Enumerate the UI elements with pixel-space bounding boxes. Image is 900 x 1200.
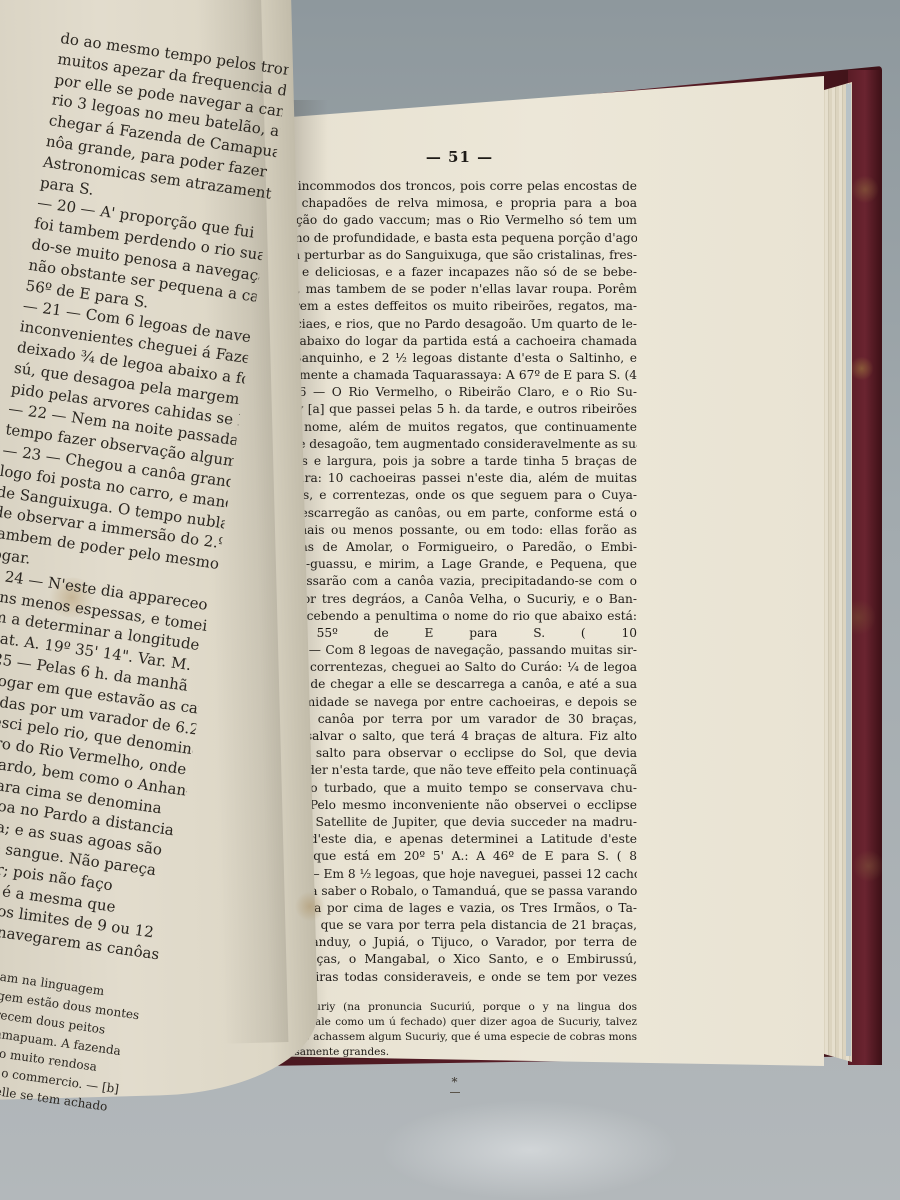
end-ornament: * [272,1075,637,1093]
text-line: salto, que está em 20º 5' A.: A 46º de E… [272,848,637,865]
text-line: do Banquinho, e 2 ½ legoas distante d'es… [272,350,637,367]
text-line: gada d'este dia, e apenas determinei a L… [272,831,637,848]
text-line: suprem a estes deffeitos os muito ribeir… [272,298,637,315]
text-line: sem nome, além de muitos regatos, que co… [272,419,637,436]
text-line: cachoeiras todas consideraveis, e onde s… [272,969,637,986]
body-text: dos incommodos dos troncos, pois corre p… [272,178,637,986]
text-line: rem, mas tambem de se poder n'ellas lava… [272,281,637,298]
text-line: criação do gado vaccum; mas o Rio Vermel… [272,212,637,229]
text-line: finalmente a chamada Taquarassaya: A 67º… [272,367,637,384]
table-surface-reflection [380,1100,680,1200]
text-line: eiras, a saber o Robalo, o Tamanduá, que… [272,883,637,900]
footnote-line: Indios vale como um ú fechado) quer dize… [272,1015,637,1030]
page-number: — 51 — [272,148,637,166]
text-line: Pedras de Amolar, o Formigueiro, o Pared… [272,539,637,556]
text-line: rio por tres degráos, a Canôa Velha, o S… [272,591,637,608]
text-line: n'elle desagoão, tem augmentado consider… [272,436,637,453]
text-line: — 27 — Com 8 legoas de navegação, passan… [272,642,637,659]
sprinkled-page-edge [846,84,851,1056]
text-line: russú-guassu, e mirim, a Lage Grande, e … [272,556,637,573]
text-line: gas e correntezas, cheguei ao Salto do C… [272,659,637,676]
text-line: largura: 10 cachoeiras passei n'este dia… [272,470,637,487]
text-line: para salvar o salto, que terá 4 braças d… [272,728,637,745]
text-line: do Ceo turbado, que a muito tempo se con… [272,780,637,797]
marbled-cover-edge [848,70,882,1065]
text-line: a canôa por cima de lages e vazia, os Tr… [272,900,637,917]
text-line: A 55º de E para S. ( 10 [272,625,637,642]
footnote-line: [a] Sucuriy (na pronuncia Sucuriú, porqu… [272,1000,637,1015]
footnote-line: porque achassem algum Sucuriy, que é uma… [272,1030,637,1045]
text-line: tira a canôa por terra por um varador de… [272,711,637,728]
text-line: palmo de profundidade, e basta esta pequ… [272,230,637,247]
text-line: goa abaixo do logar da partida está a ca… [272,333,637,350]
footnote: [a] Sucuriy (na pronuncia Sucuriú, porqu… [272,1000,637,1061]
text-line: nanciaes, e rios, que no Pardo desagoão.… [272,316,637,333]
text-line: antes de chegar a elle se descarrega a c… [272,676,637,693]
left-footnote: [a] Camapuam na linguagem N'esta paragem… [0,958,159,1122]
footnote-line: truosamente grandes. [272,1045,637,1060]
text-line: do 2.º Satellite de Jupiter, que devia s… [272,814,637,831]
text-line: voso. Pelo mesmo inconveniente não obser… [272,797,637,814]
text-line: bá descarregão as canôas, ou em parte, c… [272,505,637,522]
text-line: — 26 — O Rio Vermelho, o Ribeirão Claro,… [272,384,637,401]
text-line: cas, e deliciosas, e a fazer incapazes n… [272,264,637,281]
text-line: uns chapadões de relva mimosa, e propria… [272,195,637,212]
text-line: o Anhanduy, o Jupiá, o Tijuco, o Varador… [272,934,637,951]
text-line: sirgas, e correntezas, onde os que segue… [272,487,637,504]
text-line: proximidade se navega por entre cachoeir… [272,694,637,711]
text-line: curiy [a] que passei pelas 5 h. da tarde… [272,401,637,418]
text-line: rio mais ou menos possante, ou em todo: … [272,522,637,539]
text-line: quaral, que se vara por terra pela dista… [272,917,637,934]
right-page-text: — 51 — dos incommodos dos troncos, pois … [272,148,637,1093]
text-line: succeder n'esta tarde, que não teve effe… [272,762,637,779]
text-line: ré, recebendo a penultima o nome do rio … [272,608,637,625]
text-line: para perturbar as do Sanguixuga, que são… [272,247,637,264]
ornament-rule [450,1092,460,1093]
text-line: — 28 — Em 8 ½ legoas, que hoje naveguei,… [272,866,637,883]
text-line: dos incommodos dos troncos, pois corre p… [272,178,637,195]
text-line: 20 braças, o Mangabal, o Xico Santo, e o… [272,951,637,968]
text-line: se passarão com a canôa vazia, precipita… [272,573,637,590]
text-line: agoas e largura, pois ja sobre a tarde t… [272,453,637,470]
asterisk-ornament-icon: * [452,1075,458,1089]
text-line: n'este salto para observar o ecclipse do… [272,745,637,762]
